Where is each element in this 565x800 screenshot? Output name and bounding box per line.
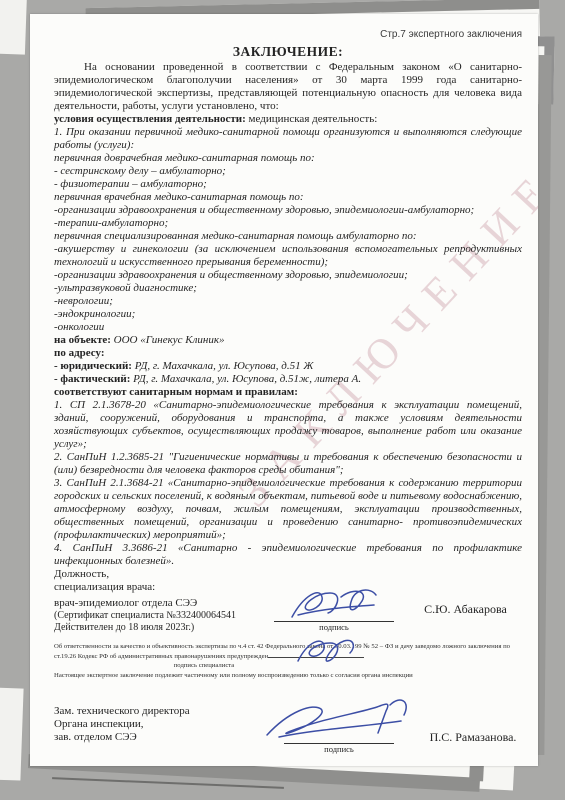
signature-caption: подпись <box>254 744 424 754</box>
signature-caption: подпись <box>259 622 409 632</box>
service-line: -акушерству и гинекологии (за исключение… <box>54 243 522 269</box>
page-header: Стр.7 экспертного заключения <box>54 28 522 41</box>
service-line: первичная доврачебная медико-санитарная … <box>54 152 522 165</box>
address-value: РД, г. Махачкала, ул. Юсупова, д.51ж, ли… <box>133 373 361 385</box>
footer-position-line: зав. отделом СЭЭ <box>54 731 254 744</box>
service-line: первичная специализированная медико-сани… <box>54 230 522 243</box>
service-line: - физиотерапии – амбулаторно; <box>54 178 522 191</box>
conditions-line: условия осуществления деятельности: меди… <box>54 113 522 126</box>
document-page: ЗАКЛЮЧЕНИЕ Стр.7 экспертного заключения … <box>30 14 538 766</box>
address-heading: по адресу: <box>54 347 522 360</box>
signature-area: подпись <box>259 585 409 632</box>
address-line: - фактический: РД, г. Махачкала, ул. Юсу… <box>54 373 522 386</box>
intro-paragraph: На основании проведенной в соответствии … <box>54 61 522 113</box>
certificate-line: Действителен до 18 июля 2023г.) <box>54 622 259 634</box>
page-content: Стр.7 экспертного заключения ЗАКЛЮЧЕНИЕ:… <box>30 14 538 754</box>
object-value: ООО «Гинекус Клиник» <box>114 334 225 346</box>
certificate-line: (Сертификат специалиста №332400064541 <box>54 610 259 622</box>
director-position-column: Зам. технического директора Органа инспе… <box>54 705 254 744</box>
service-line: 1. При оказании первичной медико-санитар… <box>54 126 522 152</box>
regulation-item: 3. СанПиН 2.1.3684-21 «Санитарно-эпидеми… <box>54 477 522 542</box>
service-line: -неврологии; <box>54 295 522 308</box>
expert-name: С.Ю. Абакарова <box>409 597 522 616</box>
signature-block-expert: врач-эпидемиолог отдела СЭЭ (Сертификат … <box>54 597 522 634</box>
address-label: - фактический: <box>54 373 130 385</box>
document-title: ЗАКЛЮЧЕНИЕ: <box>54 45 522 58</box>
signature-ink-small <box>292 633 362 669</box>
footer-position-line: Органа инспекции, <box>54 718 254 731</box>
service-line: -онкологии <box>54 321 522 334</box>
regulation-item: 1. СП 2.1.3678-20 «Санитарно-эпидемиолог… <box>54 399 522 451</box>
paper-edge <box>0 687 24 780</box>
service-line: - сестринскому делу – амбулаторно; <box>54 165 522 178</box>
address-value: РД, г. Махачкала, ул. Юсупова, д.51 Ж <box>135 360 314 372</box>
conditions-label: условия осуществления деятельности: <box>54 113 246 125</box>
signature-ink-ramazanova <box>259 691 419 749</box>
signature-block-director: Зам. технического директора Органа инспе… <box>54 705 522 754</box>
object-line: на объекте: ООО «Гинекус Клиник» <box>54 334 522 347</box>
address-line: - юридический: РД, г. Махачкала, ул. Юсу… <box>54 360 522 373</box>
compliance-heading: соответствуют санитарным нормам и правил… <box>54 386 522 399</box>
object-label: на объекте: <box>54 334 111 346</box>
service-line: -эндокринологии; <box>54 308 522 321</box>
fine-print-block: Об ответственности за качество и объекти… <box>54 643 530 681</box>
address-label: - юридический: <box>54 360 132 372</box>
service-line: -организации здравоохранения и обществен… <box>54 204 522 217</box>
signature-ink-abakarova <box>284 585 384 625</box>
regulation-item: 4. СанПиН 3.3686-21 «Санитарно - эпидеми… <box>54 542 522 568</box>
scanned-document-view: ЗАКЛЮЧЕНИЕ Стр.7 экспертного заключения … <box>0 0 565 800</box>
expert-position-column: врач-эпидемиолог отдела СЭЭ (Сертификат … <box>54 597 259 634</box>
regulation-item: 2. СанПиН 1.2.3685-21 "Гигиенические нор… <box>54 451 522 477</box>
conditions-value: медицинская деятельность: <box>249 113 378 125</box>
service-line: -терапии-амбулаторно; <box>54 217 522 230</box>
footer-position-line: Зам. технического директора <box>54 705 254 718</box>
position-line: Должность, <box>54 568 522 581</box>
signature-area: подпись <box>254 691 424 754</box>
fine-print-text: Настоящее экспертное заключение подлежит… <box>54 672 530 680</box>
service-line: -организации здравоохранения и обществен… <box>54 269 522 282</box>
service-line: первичная врачебная медико-санитарная по… <box>54 191 522 204</box>
director-name: П.С. Рамазанова. <box>424 705 522 744</box>
service-line: -ультразвуковой диагностике; <box>54 282 522 295</box>
paper-edge <box>0 0 27 55</box>
position-line: врач-эпидемиолог отдела СЭЭ <box>54 597 259 610</box>
